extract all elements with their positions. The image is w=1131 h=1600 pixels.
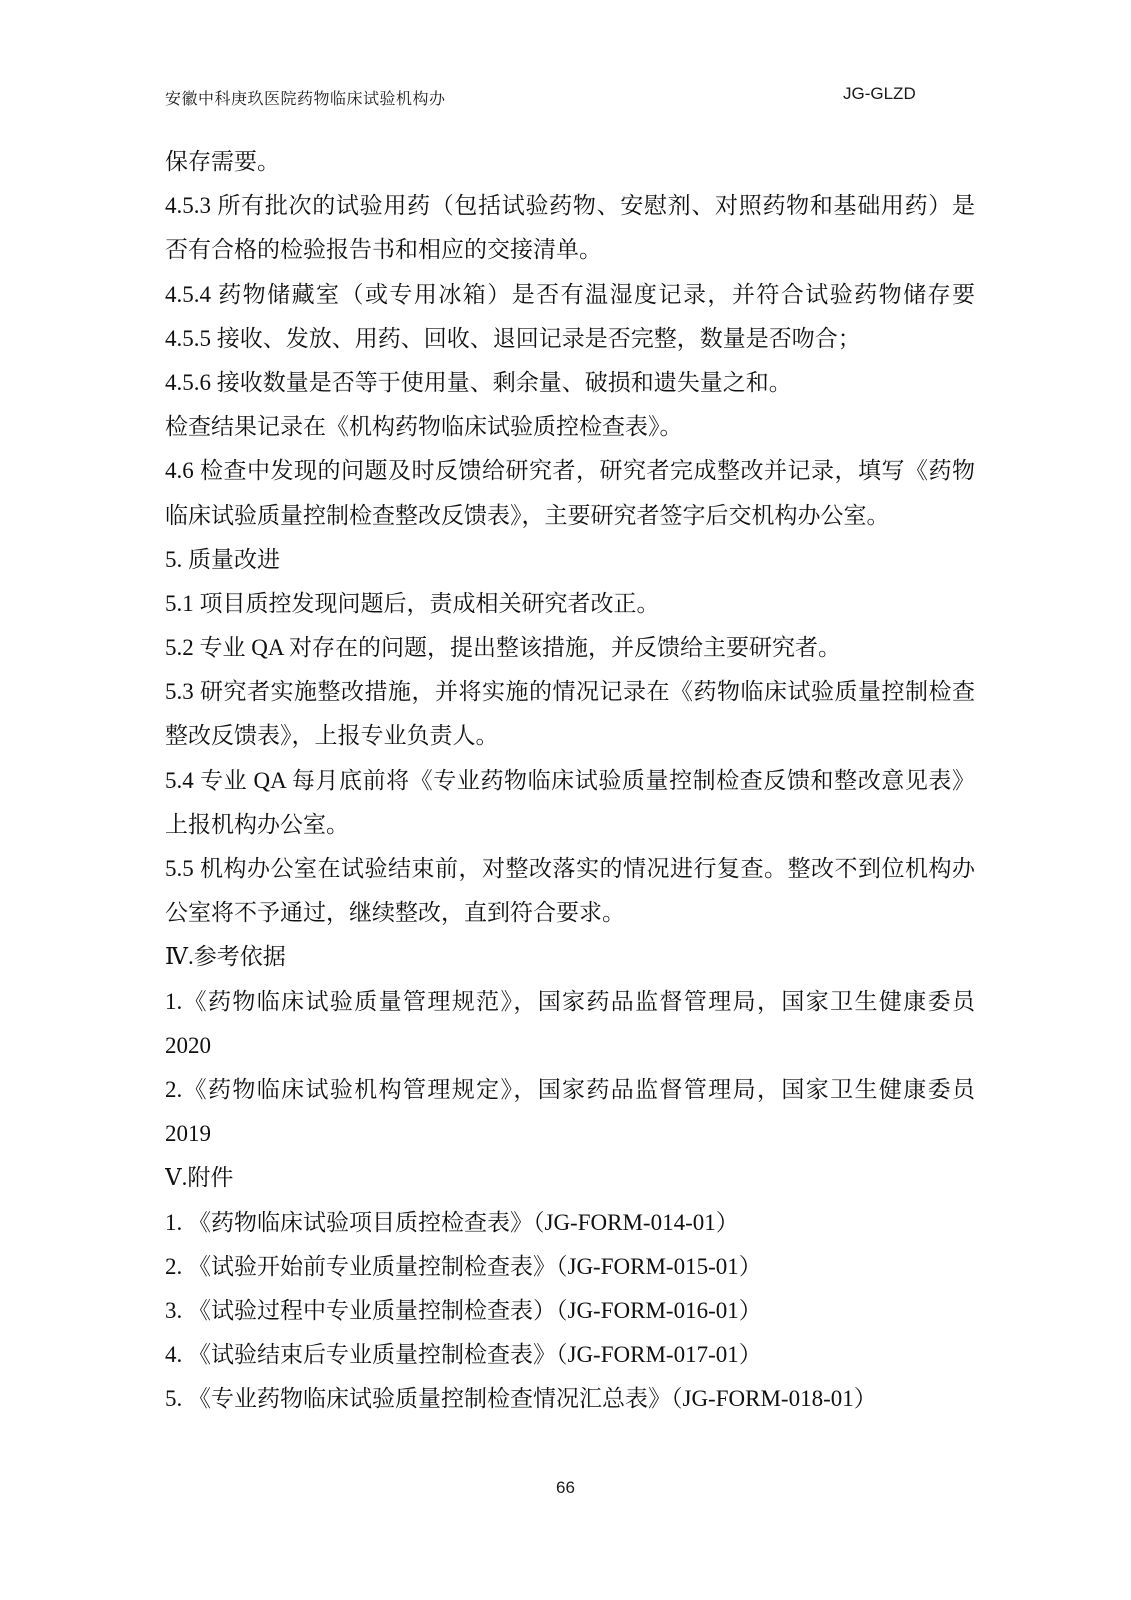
text-line: 5.5 机构办公室在试验结束前，对整改落实的情况进行复查。整改不到位机构办 xyxy=(165,847,975,891)
page-header: 安徽中科庚玖医院药物临床试验机构办 JG-GLZD xyxy=(165,84,966,110)
text-line: 4.5.3 所有批次的试验用药（包括试验药物、安慰剂、对照药物和基础用药）是 xyxy=(165,184,975,228)
text-line: 3. 《试验过程中专业质量控制检查表）（JG-FORM-016-01） xyxy=(165,1289,975,1333)
page-footer: 66 xyxy=(0,1478,1131,1498)
text-line: Ⅴ.附件 xyxy=(165,1156,975,1200)
text-line: 整改反馈表》，上报专业负责人。 xyxy=(165,714,975,758)
text-line: 5. 质量改进 xyxy=(165,538,975,582)
text-line: 4.5.4 药物储藏室（或专用冰箱）是否有温湿度记录，并符合试验药物储存要求。 xyxy=(165,273,975,317)
text-line: 1. 《药物临床试验项目质控检查表》（JG-FORM-014-01） xyxy=(165,1201,975,1245)
text-line: 5.4 专业 QA 每月底前将《专业药物临床试验质量控制检查反馈和整改意见表》 xyxy=(165,759,975,803)
document-page: 安徽中科庚玖医院药物临床试验机构办 JG-GLZD 保存需要。4.5.3 所有批… xyxy=(0,0,1131,1600)
text-line: 2019 xyxy=(165,1112,975,1156)
text-line: 5.1 项目质控发现问题后，责成相关研究者改正。 xyxy=(165,582,975,626)
text-line: 4.6 检查中发现的问题及时反馈给研究者，研究者完成整改并记录，填写《药物 xyxy=(165,449,975,493)
document-body: 保存需要。4.5.3 所有批次的试验用药（包括试验药物、安慰剂、对照药物和基础用… xyxy=(165,140,975,1421)
text-line: Ⅳ.参考依据 xyxy=(165,935,975,979)
text-line: 5.3 研究者实施整改措施，并将实施的情况记录在《药物临床试验质量控制检查 xyxy=(165,670,975,714)
text-line: 公室将不予通过，继续整改，直到符合要求。 xyxy=(165,891,975,935)
page-number: 66 xyxy=(556,1478,575,1497)
header-document-code: JG-GLZD xyxy=(843,84,916,104)
text-line: 5.2 专业 QA 对存在的问题，提出整该措施，并反馈给主要研究者。 xyxy=(165,626,975,670)
text-line: 2020 xyxy=(165,1024,975,1068)
text-line: 5. 《专业药物临床试验质量控制检查情况汇总表》（JG-FORM-018-01） xyxy=(165,1377,975,1421)
header-title: 安徽中科庚玖医院药物临床试验机构办 xyxy=(165,86,446,109)
text-line: 2.《药物临床试验机构管理规定》，国家药品监督管理局，国家卫生健康委员会， xyxy=(165,1068,975,1112)
text-line: 4.5.5 接收、发放、用药、回收、退回记录是否完整，数量是否吻合； xyxy=(165,317,975,361)
text-line: 2. 《试验开始前专业质量控制检查表》（JG-FORM-015-01） xyxy=(165,1245,975,1289)
text-line: 检查结果记录在《机构药物临床试验质控检查表》。 xyxy=(165,405,975,449)
text-line: 4. 《试验结束后专业质量控制检查表》（JG-FORM-017-01） xyxy=(165,1333,975,1377)
text-line: 临床试验质量控制检查整改反馈表》，主要研究者签字后交机构办公室。 xyxy=(165,494,975,538)
text-line: 1.《药物临床试验质量管理规范》，国家药品监督管理局，国家卫生健康委员会， xyxy=(165,980,975,1024)
text-line: 保存需要。 xyxy=(165,140,975,184)
text-line: 上报机构办公室。 xyxy=(165,803,975,847)
text-line: 4.5.6 接收数量是否等于使用量、剩余量、破损和遗失量之和。 xyxy=(165,361,975,405)
text-line: 否有合格的检验报告书和相应的交接清单。 xyxy=(165,228,975,272)
